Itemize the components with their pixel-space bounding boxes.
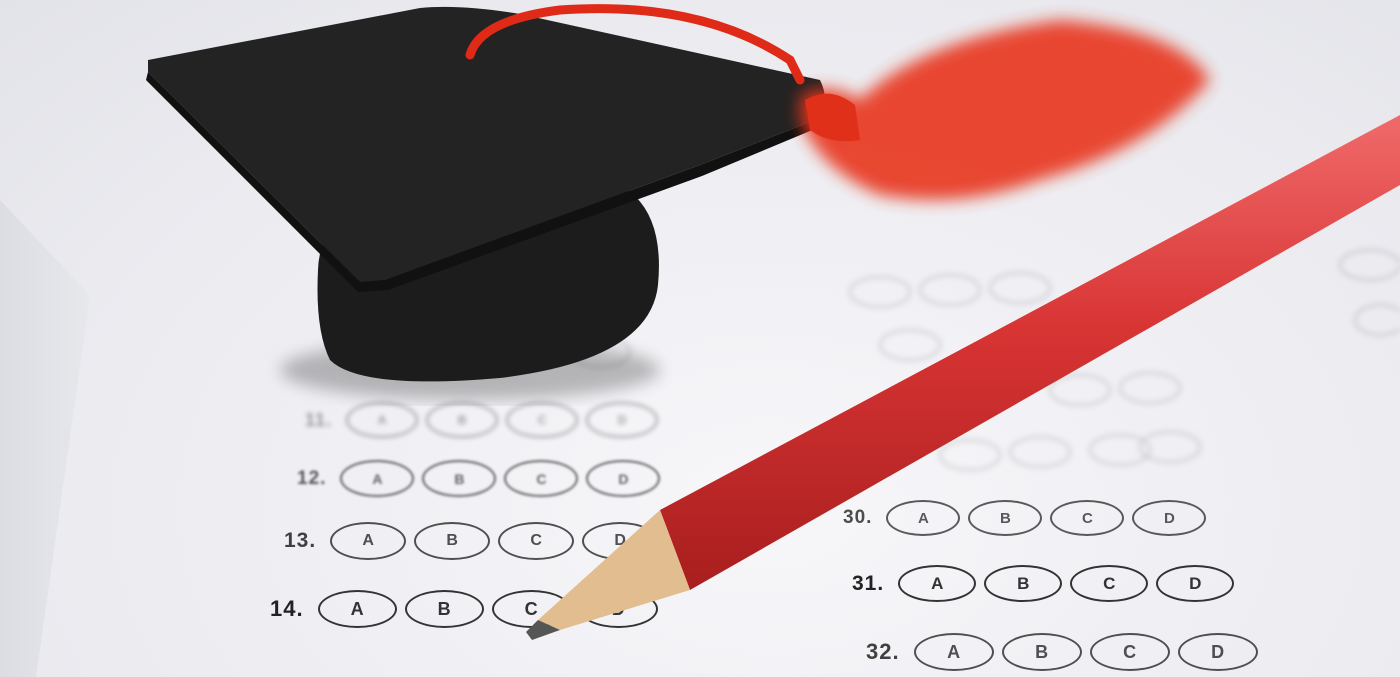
graduation-cap-icon	[0, 0, 1400, 677]
